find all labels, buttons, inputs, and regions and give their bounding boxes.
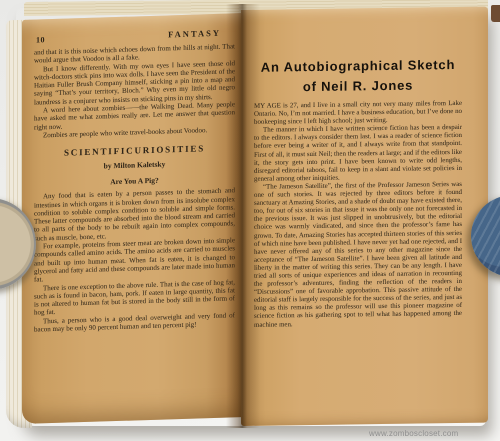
article-title: An Autobiographical Sketch of Neil R. Jo… <box>254 55 462 98</box>
open-book: 10 FANTASY and that it is this noise whi… <box>0 0 500 441</box>
page-number: 10 <box>36 35 45 44</box>
left-page: 10 FANTASY and that it is this noise whi… <box>22 13 241 424</box>
paragraph: For example, proteins from steer meat ar… <box>34 236 235 284</box>
photo-background: 10 FANTASY and that it is this noise whi… <box>0 0 500 441</box>
article-title-line2: of Neil R. Jones <box>254 75 462 98</box>
left-page-content: 10 FANTASY and that it is this noise whi… <box>34 27 235 334</box>
pig-article-paragraphs: Any food that is eaten by a person passe… <box>34 187 235 334</box>
voodoo-article-paragraphs: and that it is this noise which echoes d… <box>34 42 235 140</box>
paragraph: But I know differently. With my own eyes… <box>34 59 235 107</box>
right-page: An Autobiographical Sketch of Neil R. Jo… <box>241 7 488 426</box>
section-byline: by Milton Kaletsky <box>34 158 235 173</box>
paragraph: MY AGE is 27, and I live in a small city… <box>254 100 462 127</box>
paragraph: “The Jameson Satellite”, the first of th… <box>254 181 462 330</box>
paragraph: The manner in which I have written scien… <box>254 124 462 184</box>
running-title: FANTASY <box>168 28 221 40</box>
article-title-line1: An Autobiographical Sketch <box>254 55 462 78</box>
cover-corner <box>491 5 500 22</box>
autobiography-paragraphs: MY AGE is 27, and I live in a small city… <box>254 100 462 330</box>
left-page-header: 10 FANTASY <box>34 27 235 44</box>
section-heading: SCIENTIFICURIOSITIES <box>34 143 235 159</box>
right-page-content: An Autobiographical Sketch of Neil R. Jo… <box>254 7 462 330</box>
watermark-text: www.zomboscloset.com <box>369 429 499 438</box>
paragraph: Any food that is eaten by a person passe… <box>34 187 235 243</box>
